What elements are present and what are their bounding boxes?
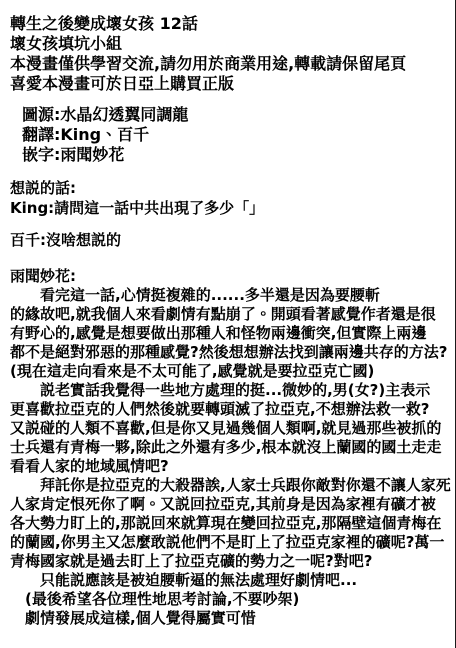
comment-line: 青梅國家就是過去盯上了拉亞克礦的勢力之一呢?對吧?: [10, 552, 455, 571]
credit-translation: 翻譯:King、百千: [22, 125, 455, 145]
header-block: 轉生之後變成壞女孩 12話 壞女孩填坑小組 本漫畫僅供學習交流,請勿用於商業用途…: [0, 0, 455, 94]
yuwen-comment-block: 雨聞妙花: 看完這一話,心情挺複雜的......多半還是因為要腰斬 的緣故吧,就…: [0, 250, 455, 628]
comment-line: 又説碰的人類不喜歡,但是你又見過幾個人類啊,就見過那些被抓的: [10, 419, 455, 438]
yuwen-heading: 雨聞妙花:: [10, 267, 455, 286]
notes-heading: 想説的話:: [10, 178, 455, 198]
comment-line: 看看人家的地域風情吧?: [10, 457, 455, 476]
purchase-note: 喜愛本漫畫可於日亞上購買正版: [10, 74, 455, 94]
group-name: 壞女孩填坑小組: [10, 34, 455, 54]
comment-line: 有野心的,感覺是想要做出那種人和怪物兩邊衝突,但實際上兩邊: [10, 324, 455, 343]
comment-line: (現在這走向看來是不太可能了,感覺就是要拉亞克亡國): [10, 362, 455, 381]
comment-line: 只能説應該是被迫腰斬逼的無法處理好劇情吧...: [10, 571, 455, 590]
comment-line: 人家肯定恨死你了啊。又説回拉亞克,其前身是因為家裡有礦才被: [10, 495, 455, 514]
credit-typesetting: 嵌字:雨聞妙花: [22, 145, 455, 165]
credits-page: 轉生之後變成壞女孩 12話 壞女孩填坑小組 本漫畫僅供學習交流,請勿用於商業用途…: [0, 0, 456, 648]
series-title: 轉生之後變成壞女孩 12話: [10, 14, 455, 34]
credit-source: 圖源:水晶幻透翼同調龍: [22, 105, 455, 125]
comment-line: 更喜歡拉亞克的人們然後就要轉頭滅了拉亞克,不想辦法救一救?: [10, 400, 455, 419]
comment-line: 看完這一話,心情挺複雜的......多半還是因為要腰斬: [10, 286, 455, 305]
comment-line: 士兵還有青梅一夥,除此之外還有多少,根本就沒上蘭國的國土走走: [10, 438, 455, 457]
king-comment: King:請問這一話中共出現了多少「」: [10, 198, 455, 218]
comment-line: 劇情發展成這樣,個人覺得屬實可惜: [10, 609, 455, 628]
baiqian-comment: 百千:沒啥想説的: [10, 230, 455, 250]
comment-line: 都不是絕對邪惡的那種感覺?然後想想辦法找到讓兩邊共存的方法?: [10, 343, 455, 362]
baiqian-comment-block: 百千:沒啥想説的: [0, 218, 455, 250]
comment-line: (最後希望各位理性地思考討論,不要吵架): [10, 590, 455, 609]
comment-line: 的蘭國,你男主又怎麼敢説他們不是盯上了拉亞克家裡的礦呢?萬一: [10, 533, 455, 552]
usage-notice: 本漫畫僅供學習交流,請勿用於商業用途,轉載請保留尾頁: [10, 54, 455, 74]
credits-block: 圖源:水晶幻透翼同調龍 翻譯:King、百千 嵌字:雨聞妙花: [0, 94, 455, 165]
comment-line: 的緣故吧,就我個人來看劇情有點崩了。開頭看著感覺作者還是很: [10, 305, 455, 324]
comment-line: 説老實話我覺得一些地方處理的挺...微妙的,男(女?)主表示: [10, 381, 455, 400]
comment-line: 各大勢力盯上的,那説回來就算現在變回拉亞克,那隔壁這個青梅在: [10, 514, 455, 533]
comment-line: 拜託你是拉亞克的大殺器誒,人家士兵跟你敵對你還不讓人家死: [10, 476, 455, 495]
notes-heading-block: 想説的話: King:請問這一話中共出現了多少「」: [0, 165, 455, 218]
